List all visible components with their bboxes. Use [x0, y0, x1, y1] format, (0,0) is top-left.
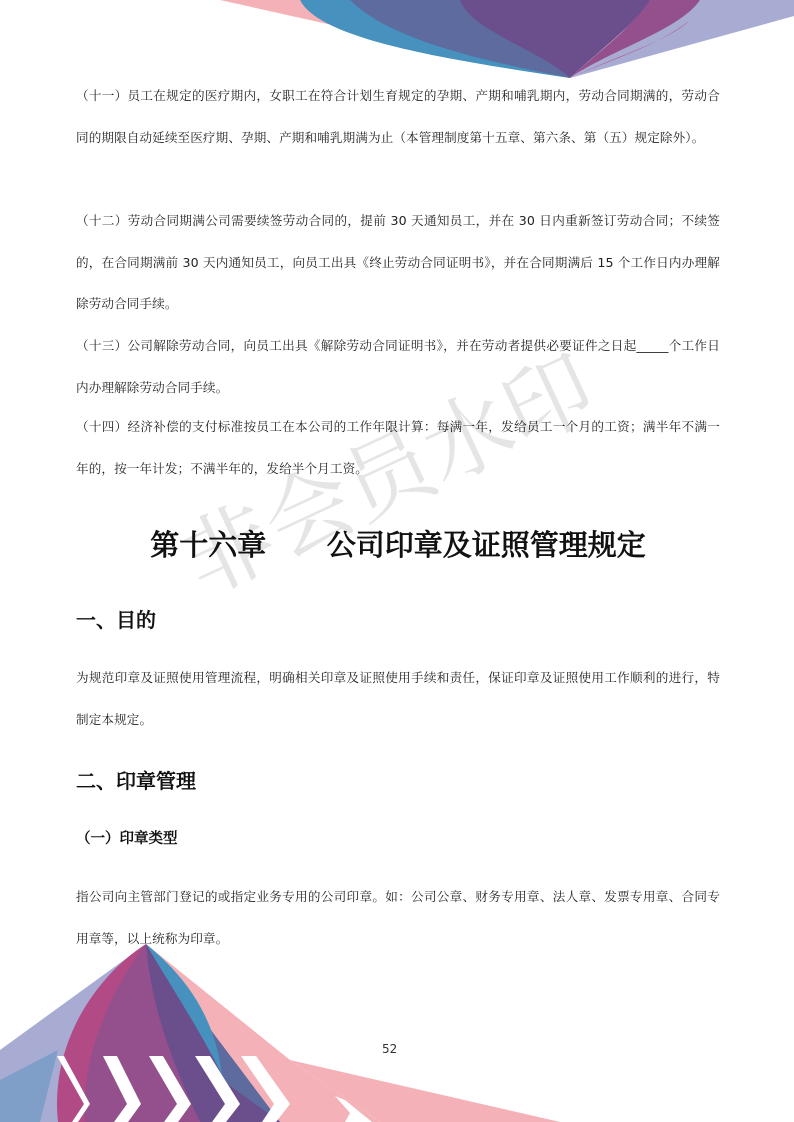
section-heading-seal-management: 二、印章管理	[76, 765, 196, 794]
chapter-title: 第十六章 公司印章及证照管理规定	[76, 523, 720, 564]
page-number: 52	[382, 1042, 397, 1056]
section-heading-purpose: 一、目的	[76, 604, 156, 633]
paragraph-13: （十三）公司解除劳动合同，向员工出具《解除劳动合同证明书》，并在劳动者提供必要证…	[76, 325, 720, 408]
section-purpose-body: 为规范印章及证照使用管理流程，明确相关印章及证照使用手续和责任，保证印章及证照使…	[76, 657, 720, 740]
paragraph-11: （十一）员工在规定的医疗期内，女职工在符合计划生育规定的孕期、产期和哺乳期内，劳…	[76, 75, 720, 158]
seal-types-body: 指公司向主管部门登记的或指定业务专用的公司印章。如：公司公章、财务专用章、法人章…	[76, 876, 720, 959]
subheading-seal-types: （一）印章类型	[76, 827, 178, 848]
paragraph-14: （十四）经济补偿的支付标准按员工在本公司的工作年限计算：每满一年，发给员工一个月…	[76, 406, 720, 489]
paragraph-12: （十二）劳动合同期满公司需要续签劳动合同的，提前 30 天通知员工，并在 30 …	[76, 200, 720, 325]
